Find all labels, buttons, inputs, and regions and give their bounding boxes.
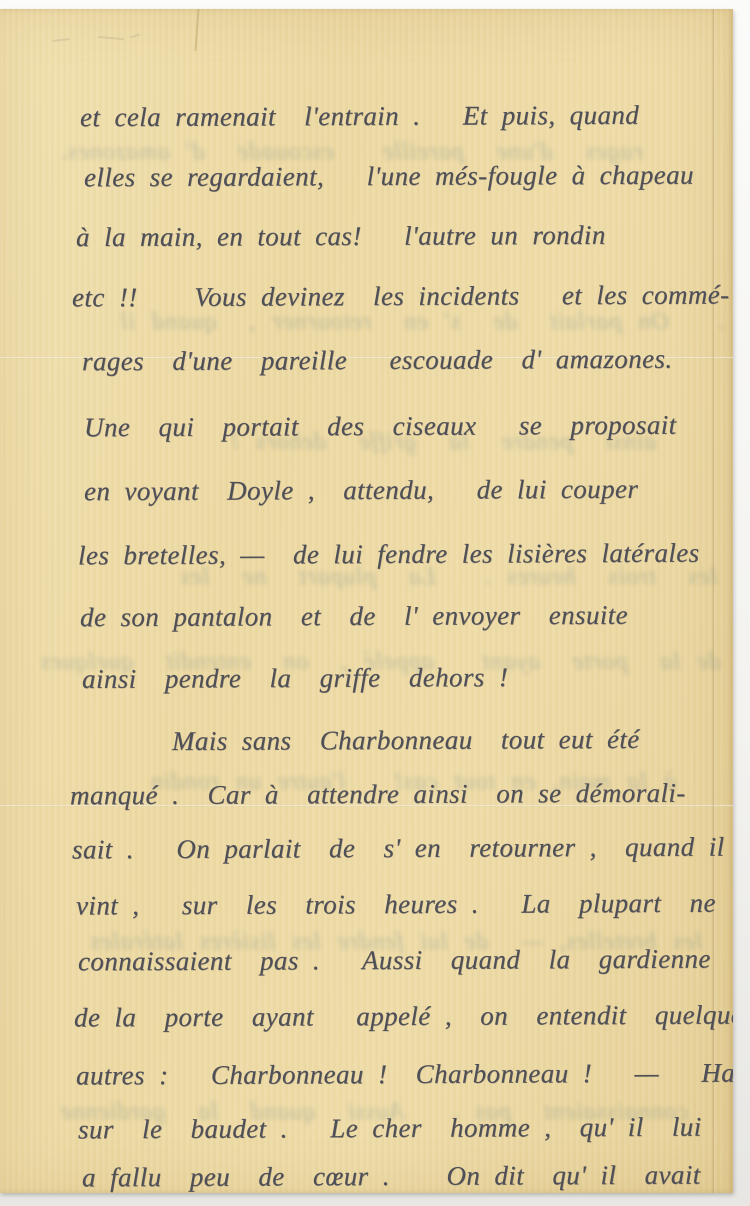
letter-line: a fallu peu de cœur . On dit qu' il avai…	[82, 1160, 701, 1193]
letter-line: manqué . Car à attendre ainsi on se démo…	[70, 778, 686, 812]
letter-line: à la main, en tout cas! l'autre un rondi…	[76, 220, 606, 253]
letter-line: rages d'une pareille escouade d' amazone…	[82, 344, 673, 378]
scanned-letter-page: rages d'une pareille escouade d' amazone…	[0, 0, 750, 1206]
letter-paper-sheet: rages d'une pareille escouade d' amazone…	[0, 9, 733, 1193]
letter-line: ainsi pendre la griffe dehors !	[82, 662, 508, 695]
letter-line: de la porte ayant appelé , on entendit q…	[74, 1000, 733, 1034]
letter-line: autres : Charbonneau ! Charbonneau ! — H…	[76, 1058, 733, 1092]
letter-line: les bretelles, — de lui fendre les lisiè…	[78, 538, 700, 572]
letter-line: Une qui portait des ciseaux se proposait	[84, 410, 677, 444]
letter-line: elles se regardaient, l'une més-fougle à…	[84, 160, 694, 194]
letter-line: connaissaient pas . Aussi quand la gardi…	[78, 944, 711, 978]
letter-line: Mais sans Charbonneau tout eut été	[172, 724, 640, 757]
letter-line: sur le baudet . Le cher homme , qu' il l…	[78, 1112, 702, 1146]
letter-line: vint , sur les trois heures . La plupart…	[76, 887, 733, 921]
letter-line: en voyant Doyle , attendu, de lui couper	[84, 474, 638, 507]
letter-line: de son pantalon et de l' envoyer ensuite	[80, 600, 628, 633]
letter-line: et cela ramenait l'entrain . Et puis, qu…	[80, 100, 639, 133]
letter-line: sait . On parlait de s' en retourner , q…	[72, 832, 725, 866]
letter-line: etc !! Vous devinez les incidents et les…	[72, 280, 730, 314]
handwriting-layer: et cela ramenait l'entrain . Et puis, qu…	[0, 9, 733, 1193]
